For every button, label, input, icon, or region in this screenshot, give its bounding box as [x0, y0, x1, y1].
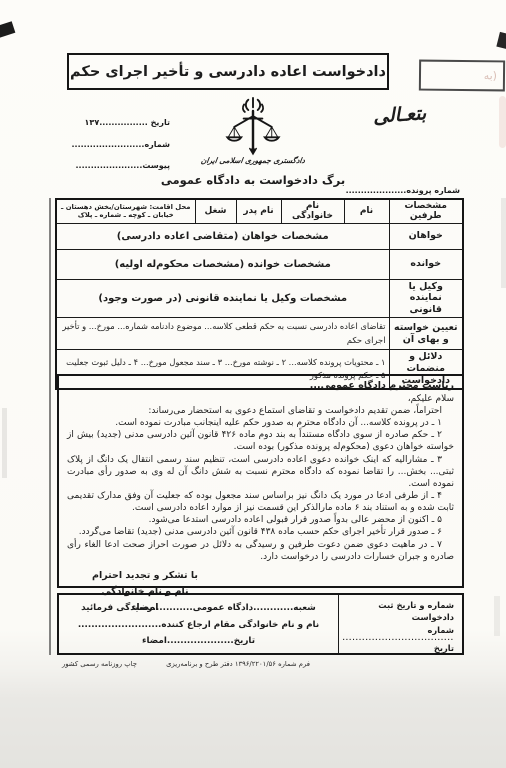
table-row: خوانده مشخصات خوانده (مشخصات محکوم‌له او… — [56, 249, 463, 279]
corner-stamp-box: (به — [419, 60, 505, 92]
judiciary-name: دادگستری جمهوری اسلامی ایران — [0, 156, 506, 165]
scan-artifact — [496, 32, 506, 49]
referrer-name-line: نام و نام خانوادگی مقام ارجاع کننده.....… — [65, 617, 332, 634]
row-value-claim: تقاضای اعاده دادرسی نسبت به حکم قطعی کلا… — [56, 318, 389, 350]
registration-number-cell: شماره و تاریخ ثبت دادخواست شماره .......… — [338, 595, 462, 653]
body-salutation: ریاست محترم دادگاه عمومی... — [67, 380, 454, 393]
row-label-defendant: خوانده — [389, 249, 463, 279]
print-footer: فرم شماره ۱۳۹۶/۲۲۰۱/۵۶ دفتر طرح و برنامه… — [62, 660, 310, 668]
registration-title: شماره و تاریخ ثبت دادخواست — [347, 599, 454, 624]
referral-cell: شعبه............دادگاه عمومی............… — [59, 595, 338, 653]
form-number-note: فرم شماره ۱۳۹۶/۲۲۰۱/۵۶ دفتر طرح و برنامه… — [166, 660, 310, 668]
col-header-name: نام — [344, 199, 389, 223]
parties-header-row: مشخصات طرفین نام نام خانوادگی نام پدر شغ… — [56, 199, 463, 223]
row-value-attorney: مشخصات وکیل یا نماینده قانونی (در صورت و… — [56, 279, 389, 318]
judiciary-emblem-icon — [0, 96, 506, 156]
registration-table: شماره و تاریخ ثبت دادخواست شماره .......… — [57, 593, 464, 655]
body-paragraph-5: ۵ ـ اکنون از محضر عالی بدواً صدور قرار ق… — [67, 514, 454, 526]
corner-note: (به — [484, 69, 497, 82]
col-header-father-name: نام پدر — [236, 199, 281, 223]
col-header-residence: محل اقامت: شهرستان/بخش دهستان ـ خیابان ـ… — [56, 199, 195, 223]
referral-date-signature-line: تاریخ....................امضاء — [65, 633, 332, 650]
col-header-occupation: شغل — [195, 199, 236, 223]
scan-artifact — [2, 408, 7, 478]
form-heading: برگ دادخواست به دادگاه عمومی — [0, 173, 506, 187]
table-row: خواهان مشخصات خواهان (متقاضی اعاده دادرس… — [56, 223, 463, 249]
body-intro: احتراماً، ضمن تقدیم دادخواست و تقاضای اس… — [67, 405, 454, 417]
row-label-claim: تعیین خواسته و بهای آن — [389, 318, 463, 350]
scanned-court-form-page: دادخواست اعاده دادرسی و تأخیر اجرای حکم … — [0, 0, 506, 768]
body-greeting: سلام علیکم، — [67, 393, 454, 405]
body-paragraph-1: ۱ ـ در پرونده کلاسه... آن دادگاه محترم ب… — [67, 417, 454, 429]
form-title-box: دادخواست اعاده دادرسی و تأخیر اجرای حکم — [67, 53, 389, 90]
table-row: وکیل یا نماینده قانونی مشخصات وکیل یا نم… — [56, 279, 463, 318]
table-row: تعیین خواسته و بهای آن تقاضای اعاده دادر… — [56, 318, 463, 350]
printer-note: چاپ روزنامه رسمی کشور — [62, 660, 137, 668]
scan-artifact — [0, 21, 15, 39]
case-number-field: شماره پرونده.................... — [346, 186, 460, 195]
closing-line: با تشکر و تجدید احترام — [80, 568, 210, 584]
scan-artifact — [501, 198, 506, 288]
row-value-plaintiff: مشخصات خواهان (متقاضی اعاده دادرسی) — [56, 223, 389, 249]
row-value-defendant: مشخصات خوانده (مشخصات محکوم‌له اولیه) — [56, 249, 389, 279]
col-header-party: مشخصات طرفین — [389, 199, 463, 223]
parties-table: مشخصات طرفین نام نام خانوادگی نام پدر شغ… — [55, 198, 464, 390]
body-paragraph-7: ۷ ـ در ماهیت دعوی ضمن دعوت طرفین و رسیدگ… — [67, 539, 454, 563]
page-title: دادخواست اعاده دادرسی و تأخیر اجرای حکم — [70, 64, 386, 80]
row-label-attorney: وکیل یا نماینده قانونی — [389, 279, 463, 318]
col-header-surname: نام خانوادگی — [281, 199, 344, 223]
body-paragraph-3: ۳ ـ مشارالیه که اینک خوانده دعوی اعاده د… — [67, 454, 454, 490]
branch-referral-line: شعبه............دادگاه عمومی............… — [65, 600, 332, 617]
body-paragraph-6: ۶ ـ صدور قرار تأخیر اجرای حکم حسب ماده ۴… — [67, 526, 454, 538]
row-label-plaintiff: خواهان — [389, 223, 463, 249]
petition-body: ریاست محترم دادگاه عمومی... سلام علیکم، … — [57, 374, 464, 588]
body-paragraph-2: ۲ ـ حکم صادره از سوی دادگاه مستنداً به ب… — [67, 429, 454, 453]
scan-artifact — [494, 596, 500, 636]
scan-artifact — [49, 198, 51, 655]
body-paragraph-4: ۴ ـ از طرفی ادعا در مورد یک دانگ نیز برا… — [67, 490, 454, 514]
registration-date-label: تاریخ — [347, 642, 454, 654]
